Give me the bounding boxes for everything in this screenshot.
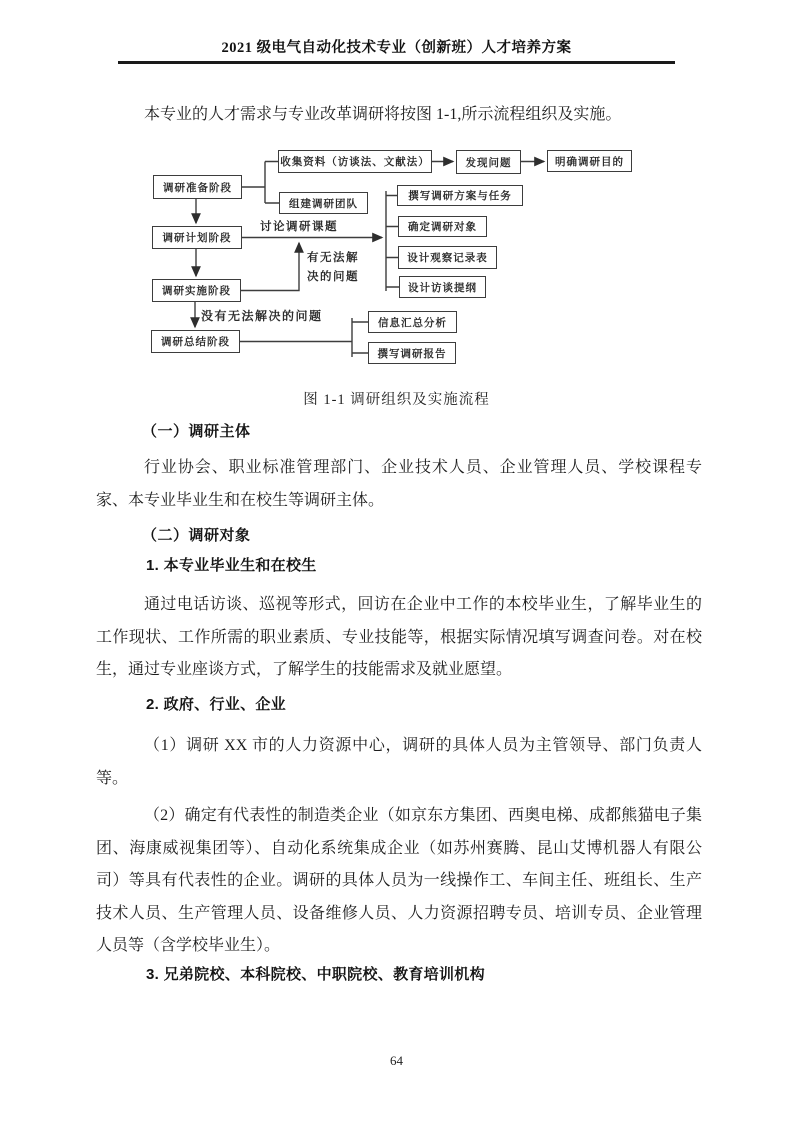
flow-box-research-impl-stage: 调研实施阶段 [152, 279, 241, 302]
flow-box-define-objects: 确定调研对象 [398, 216, 487, 237]
flow-box-design-interview-outline: 设计访谈提纲 [399, 276, 486, 298]
section-heading-research-subjects: （一）调研主体 [142, 420, 251, 441]
header-double-rule [118, 61, 675, 64]
research-process-flowchart: 调研准备阶段 收集资料（访谈法、文献法） 组建调研团队 发现问题 明确调研目的 … [135, 143, 655, 377]
flow-label-no-unsolved-problems: 没有无法解决的问题 [201, 307, 323, 324]
subheading-graduates-students: 1. 本专业毕业生和在校生 [146, 554, 317, 575]
section-heading-research-objects: （二）调研对象 [142, 524, 251, 545]
flow-label-discuss-topics: 讨论调研课题 [260, 218, 338, 234]
flow-box-write-report: 撰写调研报告 [368, 342, 456, 364]
flow-box-design-observation-form: 设计观察记录表 [398, 246, 497, 269]
subheading-government-industry-enterprise: 2. 政府、行业、企业 [146, 693, 286, 714]
intro-paragraph: 本专业的人才需求与专业改革调研将按图 1-1,所示流程组织及实施。 [96, 99, 702, 132]
flow-box-collect-materials: 收集资料（访谈法、文献法） [278, 150, 432, 173]
flow-box-research-summary-stage: 调研总结阶段 [151, 330, 240, 353]
flow-box-research-plan-stage: 调研计划阶段 [152, 226, 242, 249]
flow-box-write-scheme-tasks: 撰写调研方案与任务 [397, 185, 523, 206]
flow-box-discover-problems: 发现问题 [456, 150, 521, 174]
paragraph-hr-center: （1）调研 XX 市的人力资源中心，调研的具体人员为主管领导、部门负责人等。 [96, 730, 702, 795]
paragraph-graduates-students: 通过电话访谈、巡视等形式，回访在企业中工作的本校毕业生，了解毕业生的工作现状、工… [96, 589, 702, 687]
flow-box-info-analysis: 信息汇总分析 [368, 311, 457, 333]
flow-box-build-team: 组建调研团队 [279, 192, 368, 214]
figure-caption: 图 1-1 调研组织及实施流程 [0, 388, 793, 409]
page-header-title: 2021 级电气自动化技术专业（创新班）人才培养方案 [0, 36, 793, 57]
paragraph-representative-enterprises: （2）确定有代表性的制造类企业（如京东方集团、西奥电梯、成都熊猫电子集团、海康威… [96, 800, 702, 963]
flow-label-unsolved-line1: 有无法解 [307, 249, 359, 268]
flow-box-clarify-purpose: 明确调研目的 [547, 150, 632, 172]
subheading-sister-colleges: 3. 兄弟院校、本科院校、中职院校、教育培训机构 [146, 963, 485, 984]
paragraph-research-subjects: 行业协会、职业标准管理部门、企业技术人员、企业管理人员、学校课程专家、本专业毕业… [96, 452, 702, 517]
flow-label-has-unsolved-problems: 有无法解 决的问题 [307, 249, 359, 287]
flow-label-unsolved-line2: 决的问题 [307, 268, 359, 287]
document-page: 2021 级电气自动化技术专业（创新班）人才培养方案 本专业的人才需求与专业改革… [0, 0, 793, 1122]
page-number: 64 [0, 1053, 793, 1069]
flow-box-research-prep-stage: 调研准备阶段 [153, 175, 242, 199]
